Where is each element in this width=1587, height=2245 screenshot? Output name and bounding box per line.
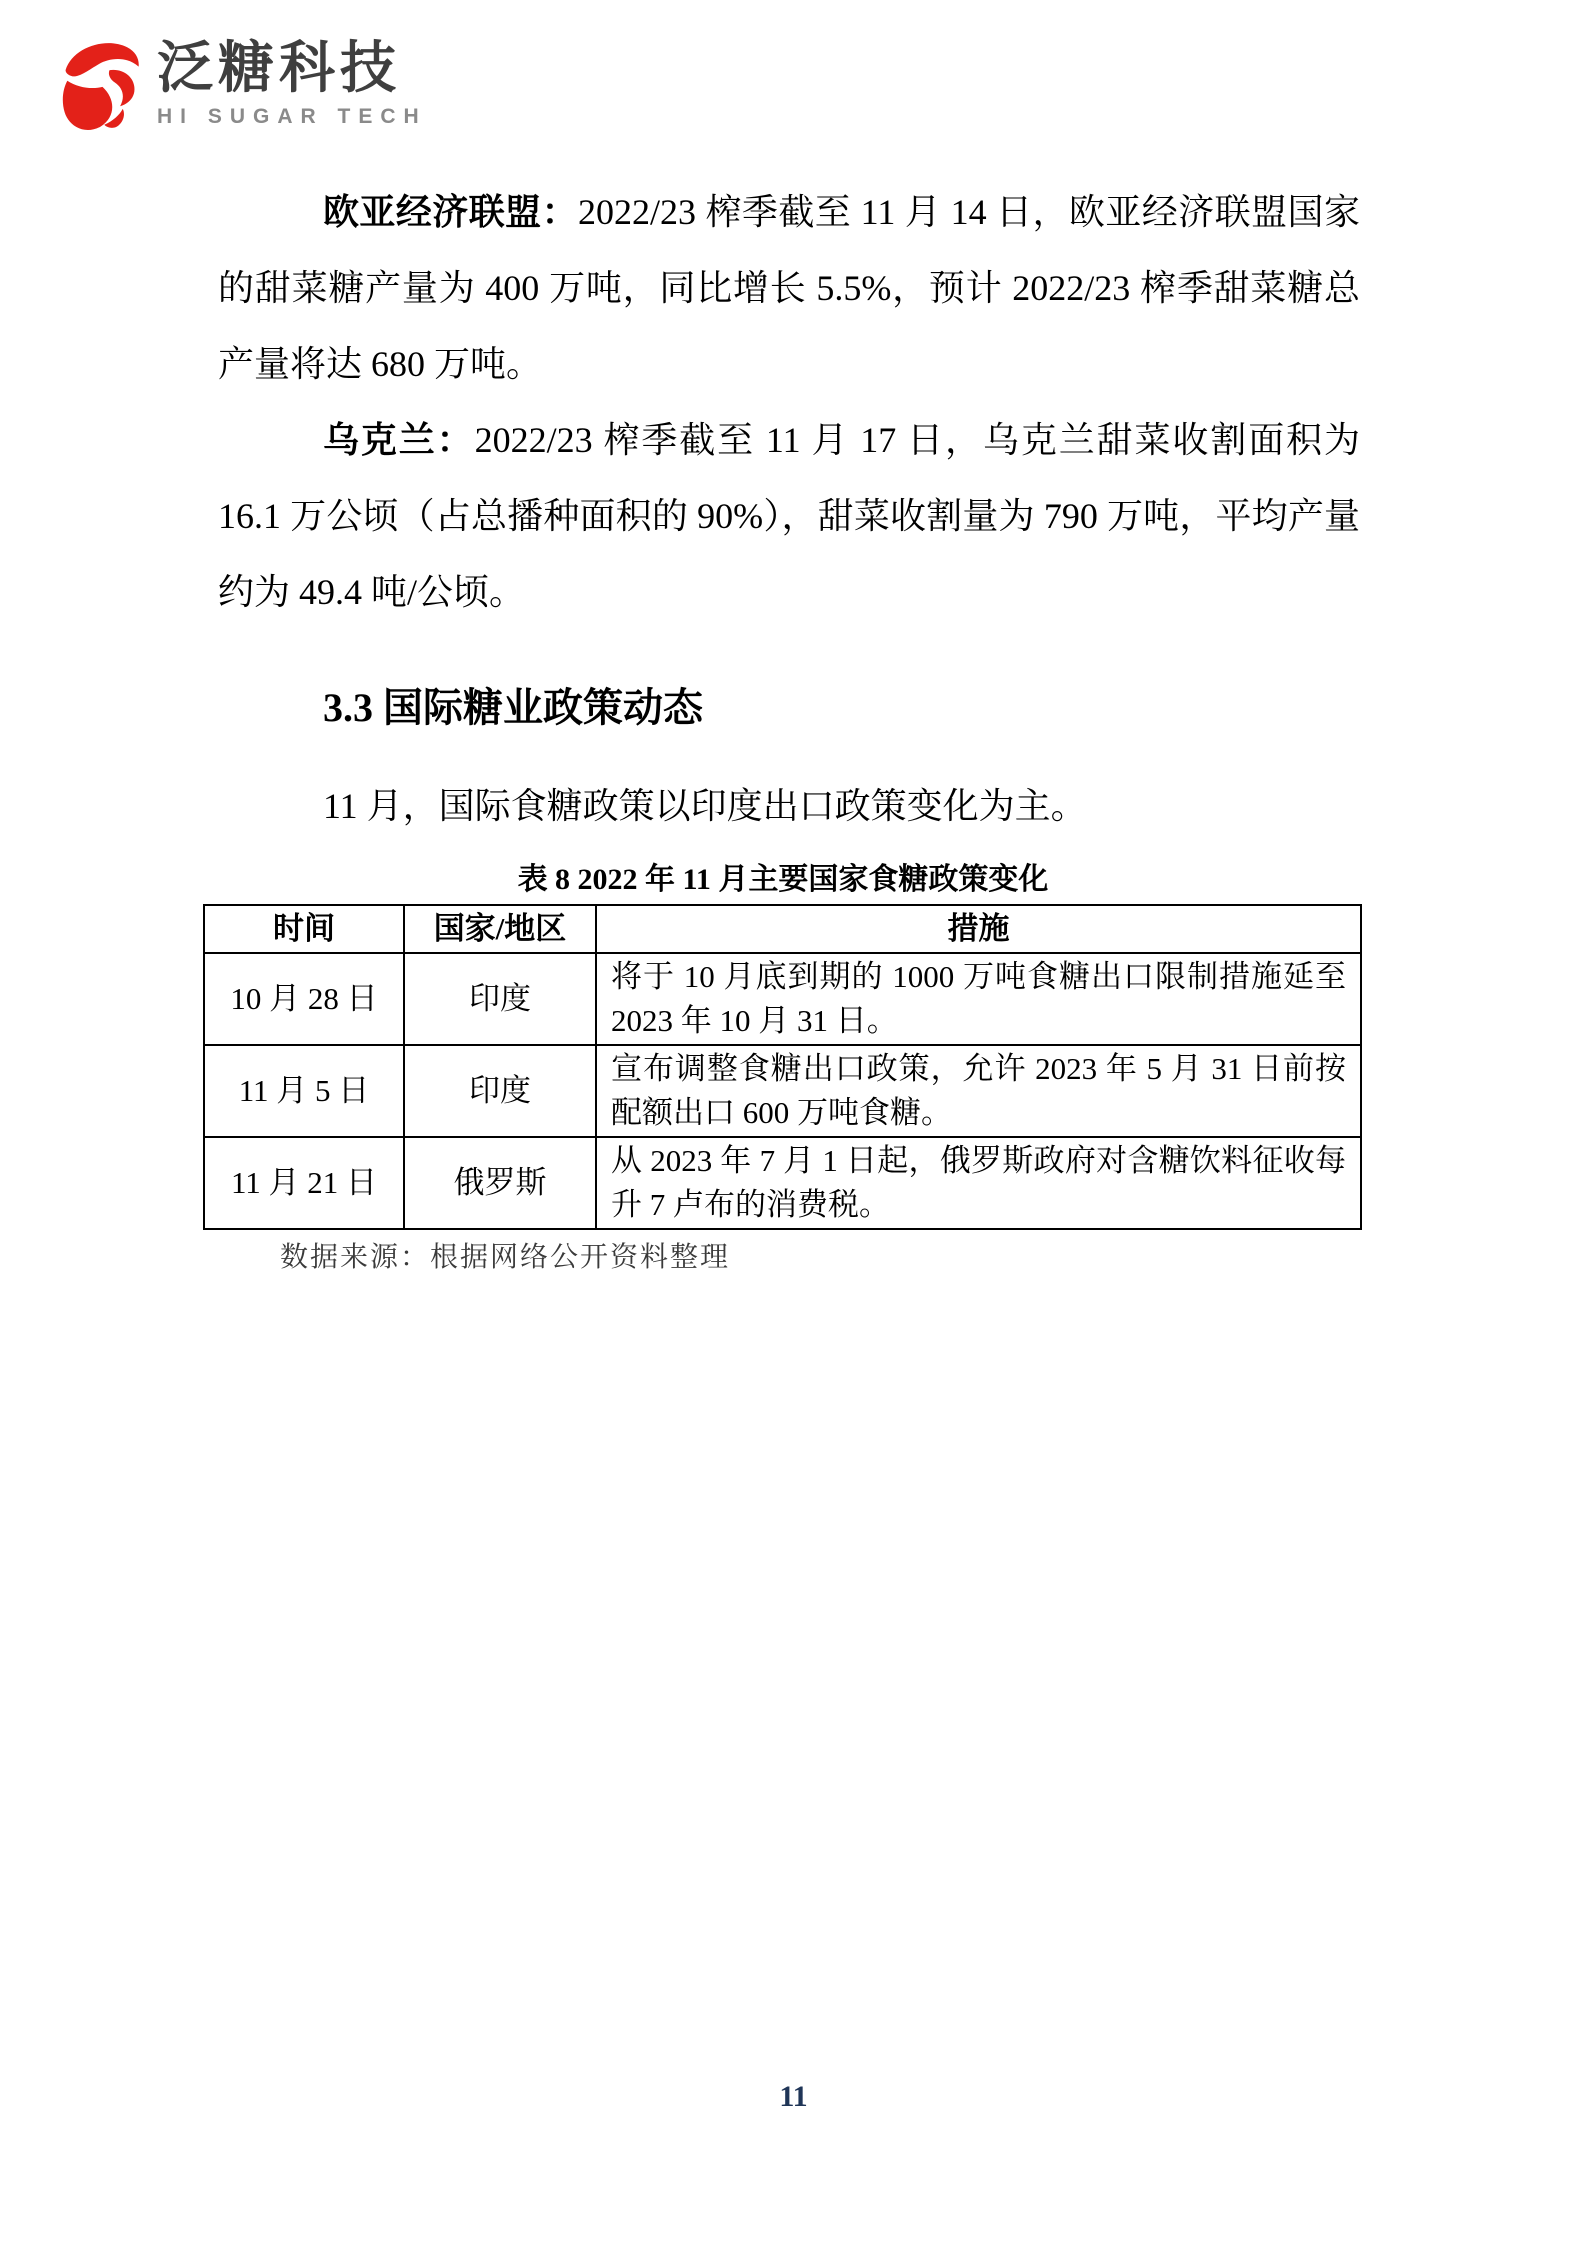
table-cell: 将于 10 月底到期的 1000 万吨食糖出口限制措施延至 2023 年 10 … <box>596 953 1361 1045</box>
company-logo: 泛糖科技 HI SUGAR TECH <box>55 36 427 136</box>
paragraph-lead: 乌克兰： <box>323 420 475 460</box>
table-cell: 从 2023 年 7 月 1 日起，俄罗斯政府对含糖饮料征收每升 7 卢布的消费… <box>596 1137 1361 1229</box>
table-header-cell: 时间 <box>204 905 404 953</box>
table-cell: 10 月 28 日 <box>204 953 404 1045</box>
table-cell: 宣布调整食糖出口政策，允许 2023 年 5 月 31 日前按配额出口 600 … <box>596 1045 1361 1137</box>
table-cell: 11 月 5 日 <box>204 1045 404 1137</box>
data-source-note: 数据来源：根据网络公开资料整理 <box>280 1238 1360 1278</box>
brand-name-cn: 泛糖科技 <box>157 36 427 100</box>
page-number: 11 <box>0 2080 1587 2114</box>
logo-swirl-icon <box>55 36 143 136</box>
paragraph-ukraine: 乌克兰：2022/23 榨季截至 11 月 17 日，乌克兰甜菜收割面积为 16… <box>218 402 1360 630</box>
paragraph-eurasia: 欧亚经济联盟：2022/23 榨季截至 11 月 14 日，欧亚经济联盟国家的甜… <box>218 174 1360 402</box>
table-row: 10 月 28 日印度将于 10 月底到期的 1000 万吨食糖出口限制措施延至… <box>204 953 1361 1045</box>
table-header-cell: 措施 <box>596 905 1361 953</box>
table-header-cell: 国家/地区 <box>404 905 596 953</box>
table-row: 11 月 5 日印度宣布调整食糖出口政策，允许 2023 年 5 月 31 日前… <box>204 1045 1361 1137</box>
table-cell: 印度 <box>404 953 596 1045</box>
table-cell: 俄罗斯 <box>404 1137 596 1229</box>
table-header-row: 时间国家/地区措施 <box>204 905 1361 953</box>
table-cell: 印度 <box>404 1045 596 1137</box>
section-heading: 3.3 国际糖业政策动态 <box>323 670 1360 746</box>
paragraph-lead: 欧亚经济联盟： <box>323 192 578 232</box>
table-row: 11 月 21 日俄罗斯从 2023 年 7 月 1 日起，俄罗斯政府对含糖饮料… <box>204 1137 1361 1229</box>
policy-table: 时间国家/地区措施 10 月 28 日印度将于 10 月底到期的 1000 万吨… <box>203 904 1362 1230</box>
table-cell: 11 月 21 日 <box>204 1137 404 1229</box>
policy-table-body: 10 月 28 日印度将于 10 月底到期的 1000 万吨食糖出口限制措施延至… <box>204 953 1361 1229</box>
document-body: 欧亚经济联盟：2022/23 榨季截至 11 月 14 日，欧亚经济联盟国家的甜… <box>218 174 1360 1278</box>
section-intro: 11 月，国际食糖政策以印度出口政策变化为主。 <box>218 768 1360 844</box>
brand-name-en: HI SUGAR TECH <box>157 102 427 132</box>
table-caption: 表 8 2022 年 11 月主要国家食糖政策变化 <box>218 858 1348 902</box>
